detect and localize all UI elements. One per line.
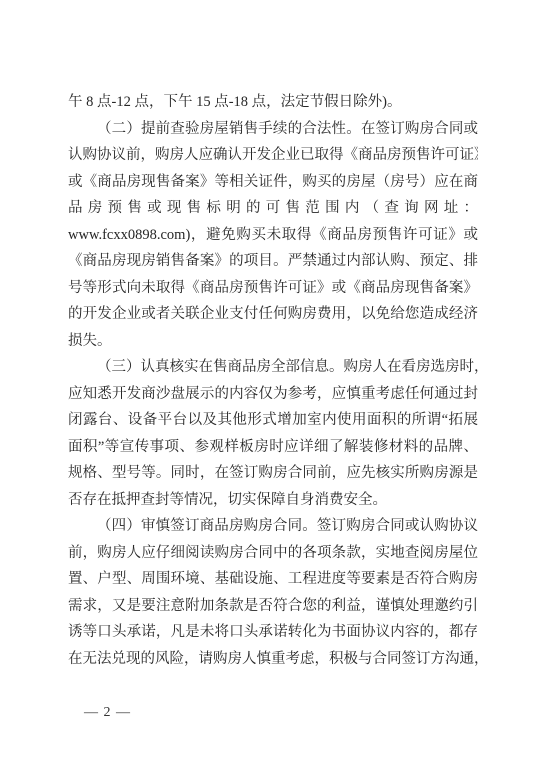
text-line: （三）认真核实在售商品房全部信息。购房人在看房选房时， [68,354,478,381]
text-line: 前，购房人应仔细阅读购房合同中的各项条款，实地查阅房屋位 [68,540,478,567]
page-number: — 2 — [84,705,131,721]
text-line: 应知悉开发商沙盘展示的内容仅为参考，应慎重考虑任何通过封 [68,381,478,408]
document-page: 午 8 点-12 点，下午 15 点-18 点，法定节假日除外)。（二）提前查验… [0,0,543,768]
text-line: 损失。 [68,328,478,355]
text-line: 午 8 点-12 点，下午 15 点-18 点，法定节假日除外)。 [68,89,478,116]
text-line: www.fcxx0898.com)，避免购买未取得《商品房预售许可证》或 [68,222,478,249]
text-line: （四）审慎签订商品房购房合同。签订购房合同或认购协议 [68,513,478,540]
text-line: 品房预售或现售标明的可售范围内（查询网址： [68,195,478,222]
text-line: 否存在抵押查封等情况，切实保障自身消费安全。 [68,487,478,514]
text-line: 规格、型号等。同时，在签订购房合同前，应先核实所购房源是 [68,460,478,487]
text-line: 诱等口头承诺，凡是未将口头承诺转化为书面协议内容的，都存 [68,619,478,646]
text-line: 闭露台、设备平台以及其他形式增加室内使用面积的所谓“拓展 [68,407,478,434]
text-line: （二）提前查验房屋销售手续的合法性。在签订购房合同或 [68,116,478,143]
text-line: 或《商品房现售备案》等相关证件，购买的房屋（房号）应在商 [68,169,478,196]
text-line: 置、户型、周围环境、基础设施、工程进度等要素是否符合购房 [68,566,478,593]
text-line: 需求，又是要注意附加条款是否符合您的利益，谨慎处理邀约引 [68,593,478,620]
text-line: 的开发企业或者关联企业支付任何购房费用，以免给您造成经济 [68,301,478,328]
text-line: 号等形式向未取得《商品房预售许可证》或《商品房现售备案》 [68,275,478,302]
text-line: 认购协议前，购房人应确认开发企业已取得《商品房预售许可证》 [68,142,478,169]
text-line: 在无法兑现的风险，请购房人慎重考虑，积极与合同签订方沟通， [68,646,478,673]
text-line: 《商品房现房销售备案》的项目。严禁通过内部认购、预定、排 [68,248,478,275]
document-body: 午 8 点-12 点，下午 15 点-18 点，法定节假日除外)。（二）提前查验… [68,89,478,672]
text-line: 面积”等宣传事项、参观样板房时应详细了解装修材料的品牌、 [68,434,478,461]
